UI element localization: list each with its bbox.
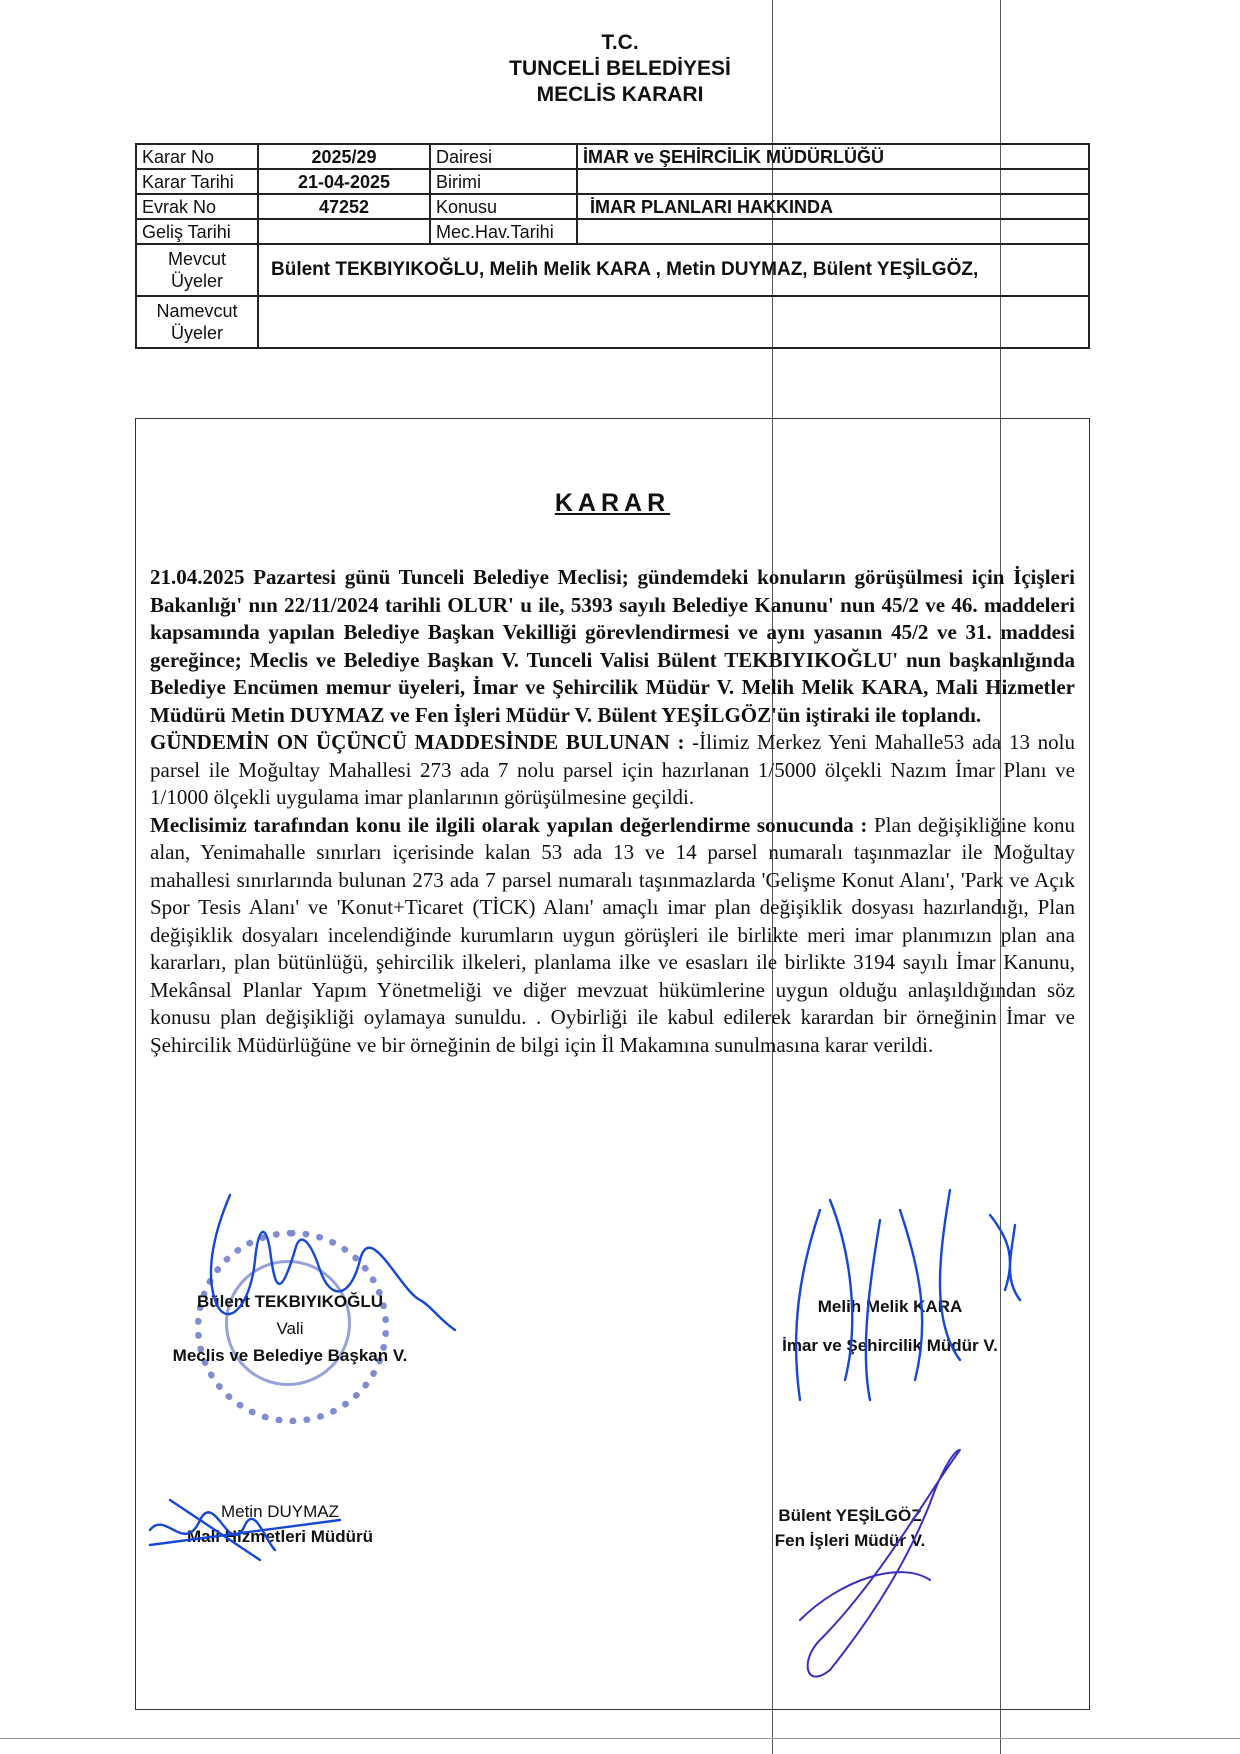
decision-title-text: KARAR bbox=[555, 489, 670, 517]
signer-title: Mali Hizmetleri Müdürü bbox=[130, 1523, 430, 1550]
decision-paragraph-result: Meclisimiz tarafından konu ile ilgili ol… bbox=[150, 812, 1075, 1060]
signature-block-imar: Melih Melik KARA İmar ve Şehircilik Müdü… bbox=[740, 1293, 1040, 1359]
signer-name: Metin DUYMAZ bbox=[130, 1498, 430, 1525]
table-row: Mevcut Üyeler Bülent TEKBIYIKOĞLU, Melih… bbox=[136, 244, 1089, 296]
table-row: Evrak No 47252 Konusu İMAR PLANLARI HAKK… bbox=[136, 194, 1089, 219]
birimi-value bbox=[577, 169, 1089, 194]
mevcut-label-line1: Mevcut bbox=[142, 248, 252, 270]
result-text: Plan değişikliğine konu alan, Yenimahall… bbox=[150, 813, 1075, 1057]
karar-tarihi-label: Karar Tarihi bbox=[136, 169, 258, 194]
birimi-label: Birimi bbox=[430, 169, 577, 194]
signature-block-mayor: Bülent TEKBIYIKOĞLU Vali Meclis ve Beled… bbox=[140, 1288, 440, 1369]
header-municipality: TUNCELİ BELEDİYESİ bbox=[0, 56, 1240, 82]
table-row: Karar Tarihi 21-04-2025 Birimi bbox=[136, 169, 1089, 194]
mevcut-uyeler-value: Bülent TEKBIYIKOĞLU, Melih Melik KARA , … bbox=[258, 244, 1089, 296]
evrak-no-value: 47252 bbox=[258, 194, 430, 219]
decision-paragraph-agenda: GÜNDEMİN ON ÜÇÜNCÜ MADDESİNDE BULUNAN : … bbox=[150, 729, 1075, 812]
document-header: T.C. TUNCELİ BELEDİYESİ MECLİS KARARI bbox=[0, 30, 1240, 108]
agenda-heading: GÜNDEMİN ON ÜÇÜNCÜ MADDESİNDE BULUNAN : bbox=[150, 730, 684, 754]
mevcut-uyeler-label: Mevcut Üyeler bbox=[136, 244, 258, 296]
karar-no-label: Karar No bbox=[136, 144, 258, 169]
table-row: Karar No 2025/29 Dairesi İMAR ve ŞEHİRCİ… bbox=[136, 144, 1089, 169]
karar-no-value: 2025/29 bbox=[258, 144, 430, 169]
konusu-value: İMAR PLANLARI HAKKINDA bbox=[577, 194, 1089, 219]
signature-block-finance: Metin DUYMAZ Mali Hizmetleri Müdürü bbox=[130, 1498, 430, 1550]
signer-title: Fen İşleri Müdür V. bbox=[700, 1527, 1000, 1554]
header-tc: T.C. bbox=[0, 30, 1240, 56]
signer-name: Bülent YEŞİLGÖZ bbox=[700, 1502, 1000, 1529]
namevcut-label-line2: Üyeler bbox=[142, 322, 252, 344]
table-row: Namevcut Üyeler bbox=[136, 296, 1089, 348]
decision-info-table: Karar No 2025/29 Dairesi İMAR ve ŞEHİRCİ… bbox=[135, 143, 1090, 349]
table-row: Geliş Tarihi Mec.Hav.Tarihi bbox=[136, 219, 1089, 244]
namevcut-uyeler-value bbox=[258, 296, 1089, 348]
signature-block-fen: Bülent YEŞİLGÖZ Fen İşleri Müdür V. bbox=[700, 1502, 1000, 1554]
evrak-no-label: Evrak No bbox=[136, 194, 258, 219]
decision-title: KARAR bbox=[136, 489, 1089, 518]
signer-name: Bülent TEKBIYIKOĞLU bbox=[140, 1288, 440, 1315]
header-doc-type: MECLİS KARARI bbox=[0, 82, 1240, 108]
gelis-tarihi-label: Geliş Tarihi bbox=[136, 219, 258, 244]
namevcut-uyeler-label: Namevcut Üyeler bbox=[136, 296, 258, 348]
signer-title: Vali bbox=[140, 1315, 440, 1342]
dairesi-value: İMAR ve ŞEHİRCİLİK MÜDÜRLÜĞÜ bbox=[577, 144, 1089, 169]
konusu-label: Konusu bbox=[430, 194, 577, 219]
decision-paragraph-intro: 21.04.2025 Pazartesi günü Tunceli Beledi… bbox=[150, 564, 1075, 729]
result-heading: Meclisimiz tarafından konu ile ilgili ol… bbox=[150, 813, 867, 837]
karar-tarihi-value: 21-04-2025 bbox=[258, 169, 430, 194]
decision-text: 21.04.2025 Pazartesi günü Tunceli Beledi… bbox=[150, 564, 1075, 1059]
mec-hav-tarihi-label: Mec.Hav.Tarihi bbox=[430, 219, 577, 244]
namevcut-label-line1: Namevcut bbox=[142, 300, 252, 322]
dairesi-label: Dairesi bbox=[430, 144, 577, 169]
signer-name: Melih Melik KARA bbox=[740, 1293, 1040, 1320]
mec-hav-tarihi-value bbox=[577, 219, 1089, 244]
signer-title-2: Meclis ve Belediye Başkan V. bbox=[140, 1342, 440, 1369]
page-bottom-edge bbox=[0, 1738, 1240, 1739]
mevcut-label-line2: Üyeler bbox=[142, 270, 252, 292]
gelis-tarihi-value bbox=[258, 219, 430, 244]
signer-title: İmar ve Şehircilik Müdür V. bbox=[740, 1332, 1040, 1359]
